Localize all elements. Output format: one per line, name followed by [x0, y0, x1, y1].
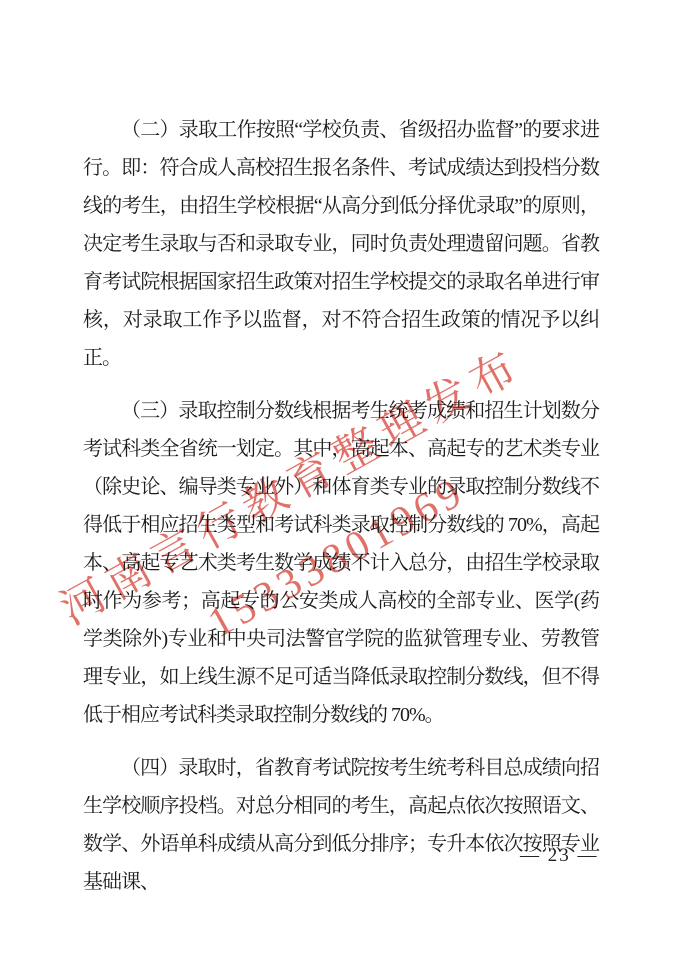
page-number: — 23 — [520, 845, 599, 867]
paragraph-section-3: （三）录取控制分数线根据考生统考成绩和招生计划数分考试科类全省统一划定。其中，高… [83, 392, 599, 734]
paragraph-section-4: （四）录取时，省教育考试院按考生统考科目总成绩向招生学校顺序投档。对总分相同的考… [83, 749, 599, 901]
document-page: 河南言行教育整理发布 15333801969 （二）录取工作按照“学校负责、省级… [0, 0, 680, 962]
body-text: （二）录取工作按照“学校负责、省级招办监督”的要求进行。即：符合成人高校招生报名… [83, 111, 599, 916]
paragraph-section-2: （二）录取工作按照“学校负责、省级招办监督”的要求进行。即：符合成人高校招生报名… [83, 111, 599, 377]
